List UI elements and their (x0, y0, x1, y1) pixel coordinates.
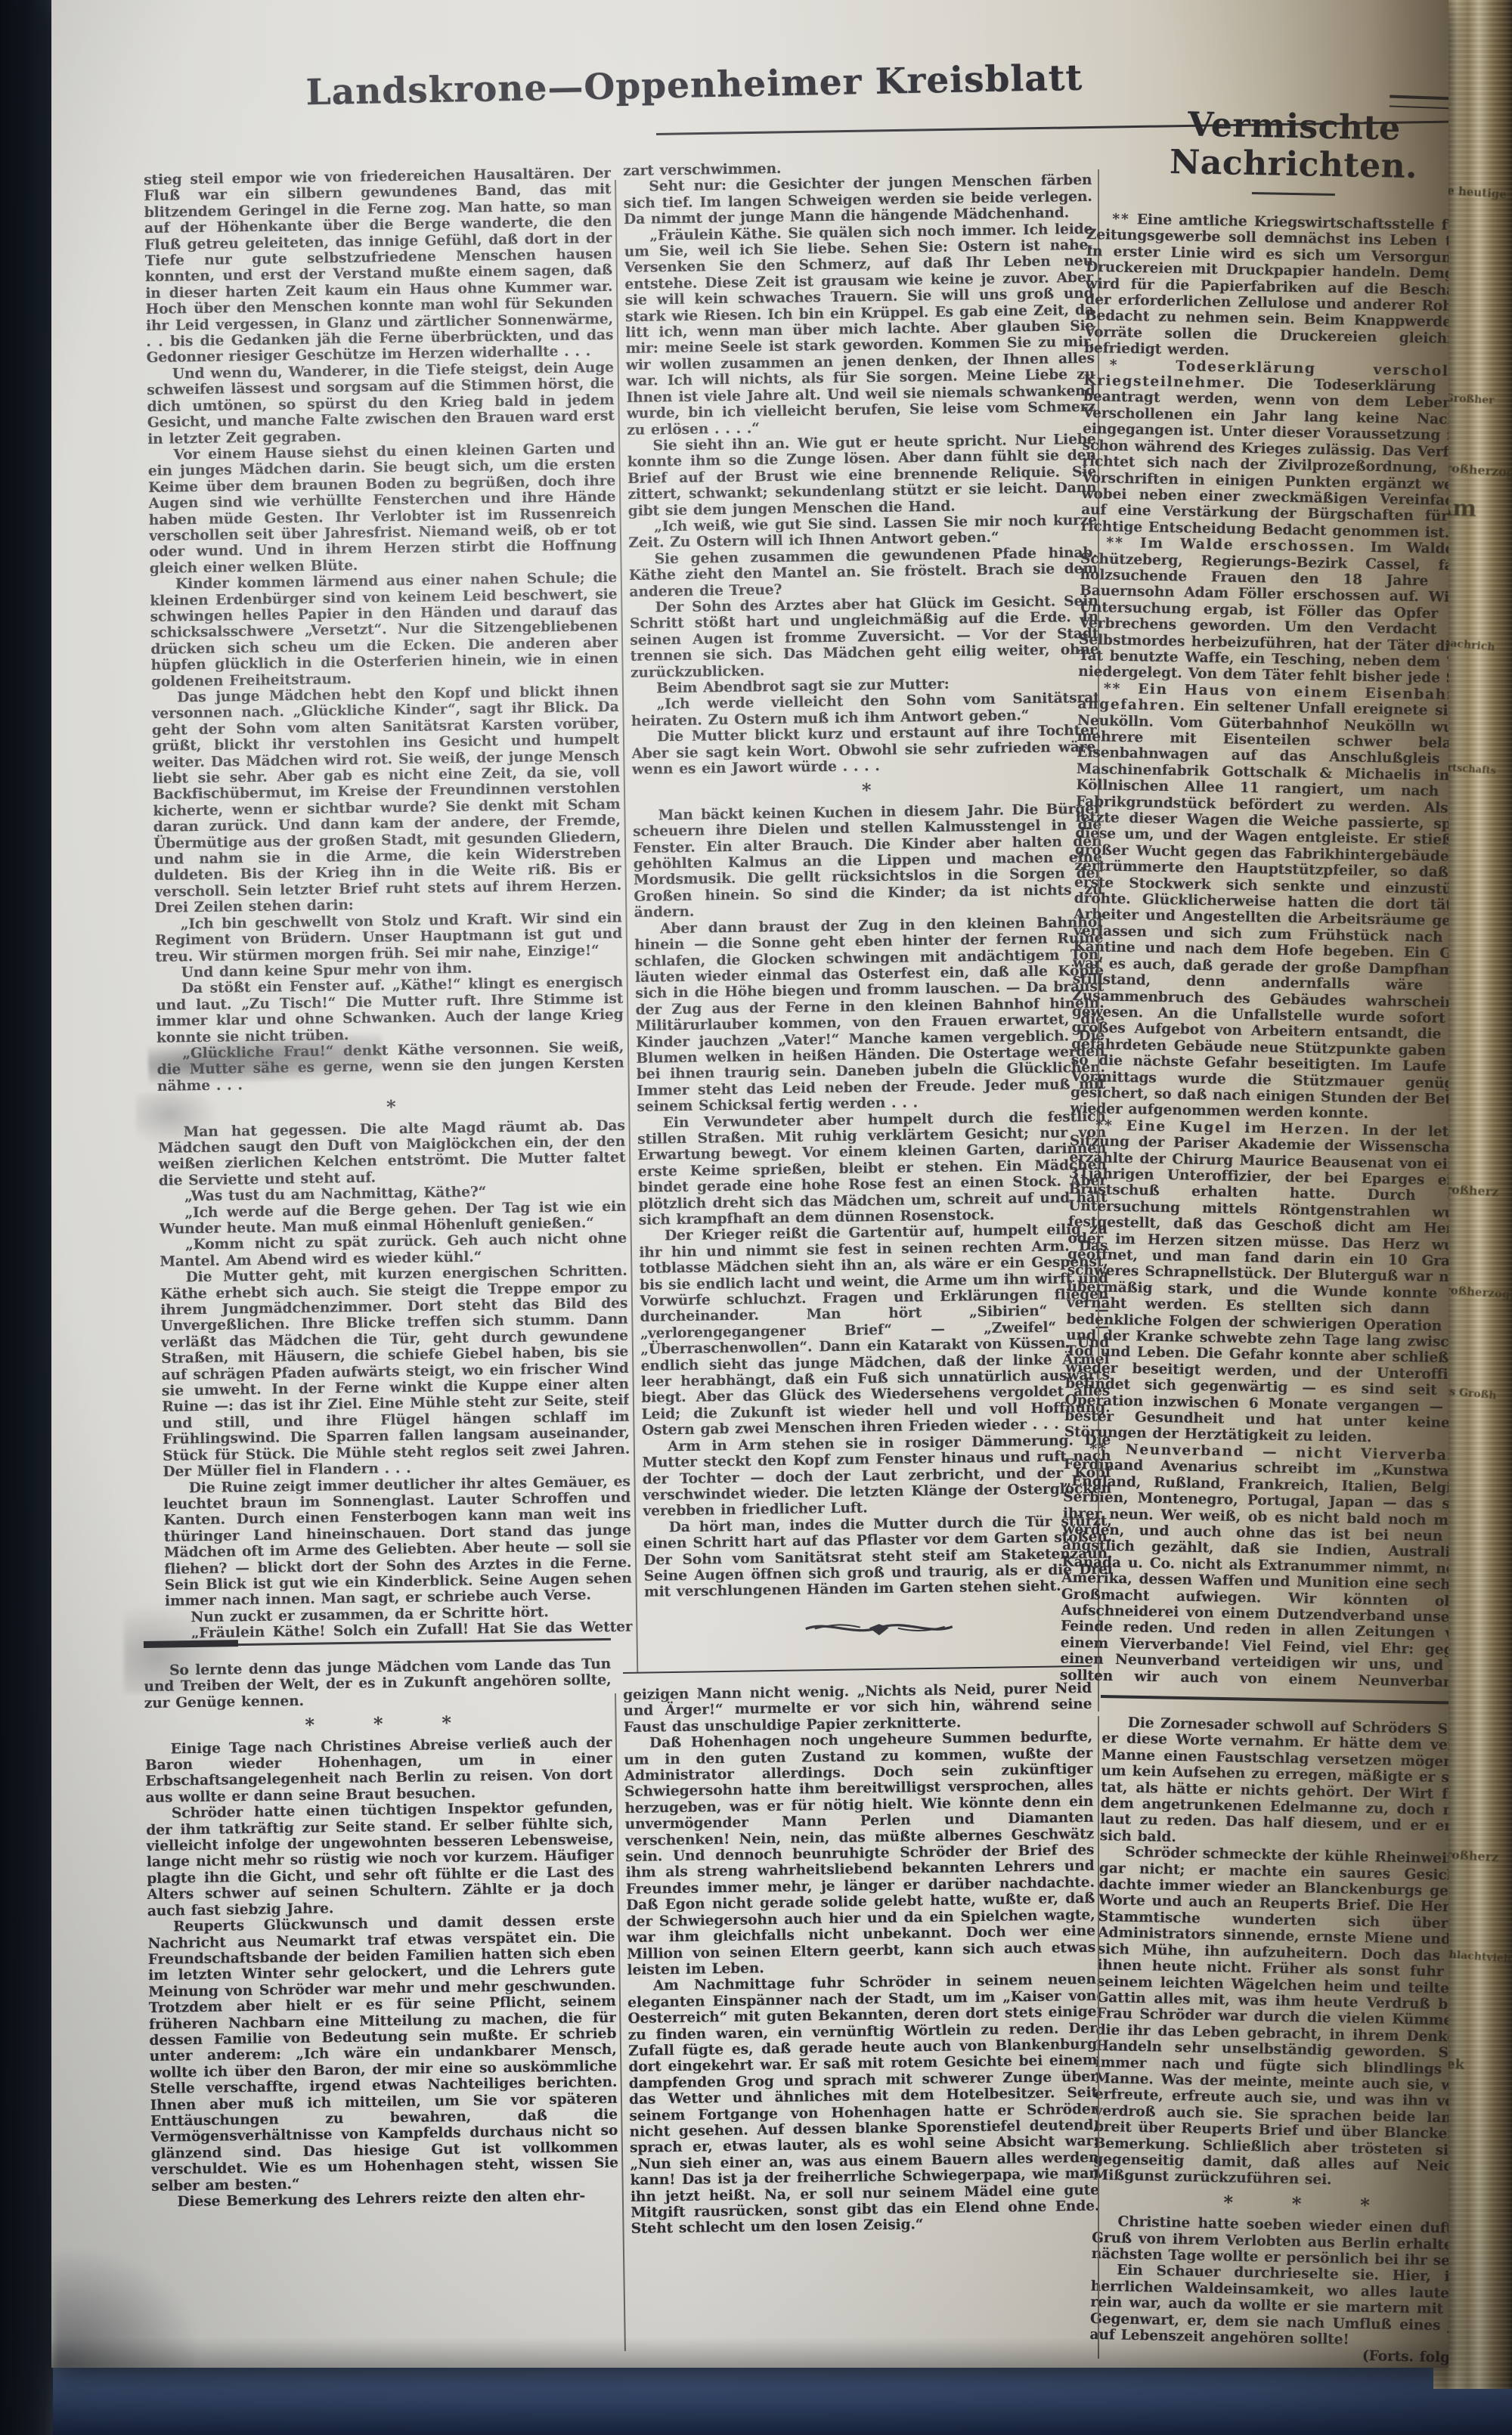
news-item: * Todeserklärung verschollener Kriegstei… (1081, 357, 1448, 542)
paragraph: Reuperts Glückwunsch und damit dessen er… (147, 1913, 618, 2195)
item-marker: ** (1089, 1441, 1108, 1457)
news-item: ** Ein Haus von einem Eisenbahnzug angef… (1070, 680, 1448, 1125)
paragraph: Christine hatte soeben wieder einen duft… (1091, 2213, 1448, 2270)
paragraph: Seht nur: die Gesichter der jungen Mensc… (623, 172, 1092, 228)
item-marker: ** (1095, 1117, 1114, 1133)
ornament-divider (645, 1613, 1114, 1646)
paragraph: Die Zornesader schwoll auf Schröders Sti… (1100, 1715, 1448, 1852)
paragraph: Sie sieht ihn an. Wie gut er heute spric… (627, 432, 1097, 519)
paragraph: Sie gehen zusammen die gewundenen Pfade … (629, 544, 1098, 599)
item-marker: ** (1104, 680, 1122, 696)
news-item: ** Im Walde erschossen. Im Walde bei Sch… (1078, 534, 1448, 688)
paragraph: Schröder hatte einen tüchtigen Inspektor… (146, 1799, 615, 1919)
item-marker: ** (1106, 535, 1124, 551)
ink-smudge (124, 1603, 237, 1693)
feuilleton-column-1: stieg steil empor wie von friedereichen … (144, 166, 633, 1639)
paragraph: Daß Hohenhagen noch ungeheure Summen bed… (624, 1729, 1096, 1978)
paragraph: Schröder schmeckte der kühle Rheinwein h… (1093, 1844, 1448, 2192)
paragraph: Einige Tage nach Christines Abreise verl… (145, 1734, 613, 1806)
paragraph: Die Mutter blickt kurz und erstaunt auf … (631, 723, 1101, 778)
serial-novel-column-2: geizigen Mann nicht wenig. „Nichts als N… (623, 1681, 1101, 2357)
paragraph: stieg steil empor wie von friedereichen … (144, 166, 614, 367)
news-item: ** Eine Kugel im Herzen. In der letzten … (1064, 1117, 1448, 1448)
paragraph: Aber dann braust der Zug in den kleinen … (634, 914, 1106, 1115)
section-divider-rule (1101, 1695, 1448, 1705)
item-lead: Ein Haus von einem Eisenbahnzug angefahr… (1077, 681, 1448, 714)
item-lead: Eine Kugel im Herzen. (1114, 1118, 1351, 1139)
flourish-ornament-icon (800, 1616, 959, 1639)
paragraph: Da hört man, indes die Mutter durch die … (643, 1513, 1114, 1600)
paragraph: Man bäckt keinen Kuchen in diesem Jahr. … (633, 801, 1103, 922)
column-divider-rule (1098, 1716, 1099, 2359)
item-lead: Todeserklärung verschollener Kriegsteiln… (1083, 357, 1448, 392)
star-divider: * * * (144, 1712, 612, 1736)
news-items: ** Eine amtliche Kriegswirtschaftsstelle… (1060, 211, 1448, 1692)
paragraph: Der Krieger reißt die Gartentür auf, hum… (639, 1222, 1111, 1439)
news-title-rule (1251, 192, 1334, 196)
item-lead: Im Walde erschossen. (1124, 535, 1356, 556)
section-divider-rule (623, 1665, 1092, 1674)
paragraph: Vor einem Hause siehst du einen kleinen … (147, 441, 616, 577)
paragraph: Die Mutter geht, mit kurzen energischen … (160, 1263, 631, 1480)
paragraph: Da stößt ein Fenster auf. „Käthe!“ kling… (156, 974, 624, 1046)
feuilleton-column-2: zart verschwimmen.Seht nur: die Gesichte… (623, 156, 1114, 1656)
masthead-title: Landskrone—Oppenheimer Kreisblatt (278, 57, 1111, 114)
item-marker: ** (1112, 212, 1130, 228)
book-cloth-bottom-edge (0, 2359, 1512, 2435)
news-section-title: Vermischte Nachrichten. (1087, 104, 1448, 187)
serial-novel-column-1: So lernte denn das junge Mädchen vom Lan… (144, 1656, 621, 2347)
top-right-double-rule (1390, 95, 1448, 111)
paragraph: Ein Schauer durchrieselte sie. Hier, in … (1089, 2262, 1448, 2351)
ink-smudge (136, 1093, 219, 1146)
paragraph: Die Ruine zeigt immer deutlicher ihr alt… (163, 1473, 632, 1609)
paragraph: Man hat gegessen. Die alte Magd räumt ab… (158, 1117, 626, 1189)
news-item: ** Eine amtliche Kriegswirtschaftsstelle… (1084, 211, 1448, 364)
ink-smudge (147, 1033, 383, 1086)
photographed-newspaper-scene: die heutiges GroßherGroßherzogAmhnachric… (0, 0, 1512, 2435)
paragraph: Der Sohn des Arztes aber hat Glück im Ge… (630, 593, 1100, 681)
corner-shadow (51, 2253, 195, 2368)
paragraph: Arm in Arm stehen sie in rosiger Dämmeru… (642, 1432, 1112, 1520)
serial-novel-column-3: Die Zornesader schwoll auf Schröders Sti… (1089, 1715, 1448, 2368)
paragraph: geizigen Mann nicht wenig. „Nichts als N… (623, 1681, 1092, 1736)
book-binding-left (0, 0, 53, 2435)
news-column: Vermischte Nachrichten. ** Eine amtliche… (1060, 104, 1448, 1692)
paragraph: Kinder kommen lärmend aus einer nahen Sc… (150, 570, 618, 690)
paragraph: Ein Verwundeter aber humpelt durch die f… (637, 1108, 1108, 1228)
star-divider: * * * (1092, 2192, 1448, 2216)
news-item: ** Neunverband — nicht Vierverband. Ferd… (1060, 1441, 1448, 1692)
item-marker: * (1109, 357, 1118, 373)
star-divider: * (157, 1095, 624, 1119)
paragraph: Am Nachmittage fuhr Schröder in seinem n… (627, 1972, 1100, 2238)
paragraph: Und wenn du, Wanderer, in die Tiefe stei… (147, 360, 615, 448)
paragraph: „Fräulein Käthe. Sie quälen sich noch im… (624, 221, 1095, 438)
star-divider: * (632, 779, 1101, 802)
paragraph: „Ich bin geschwellt von Stolz und Kraft.… (155, 909, 623, 965)
newspaper-page: Landskrone—Oppenheimer Kreisblatt stieg … (51, 0, 1448, 2368)
paragraph: Das junge Mädchen hebt den Kopf und blic… (151, 683, 621, 917)
